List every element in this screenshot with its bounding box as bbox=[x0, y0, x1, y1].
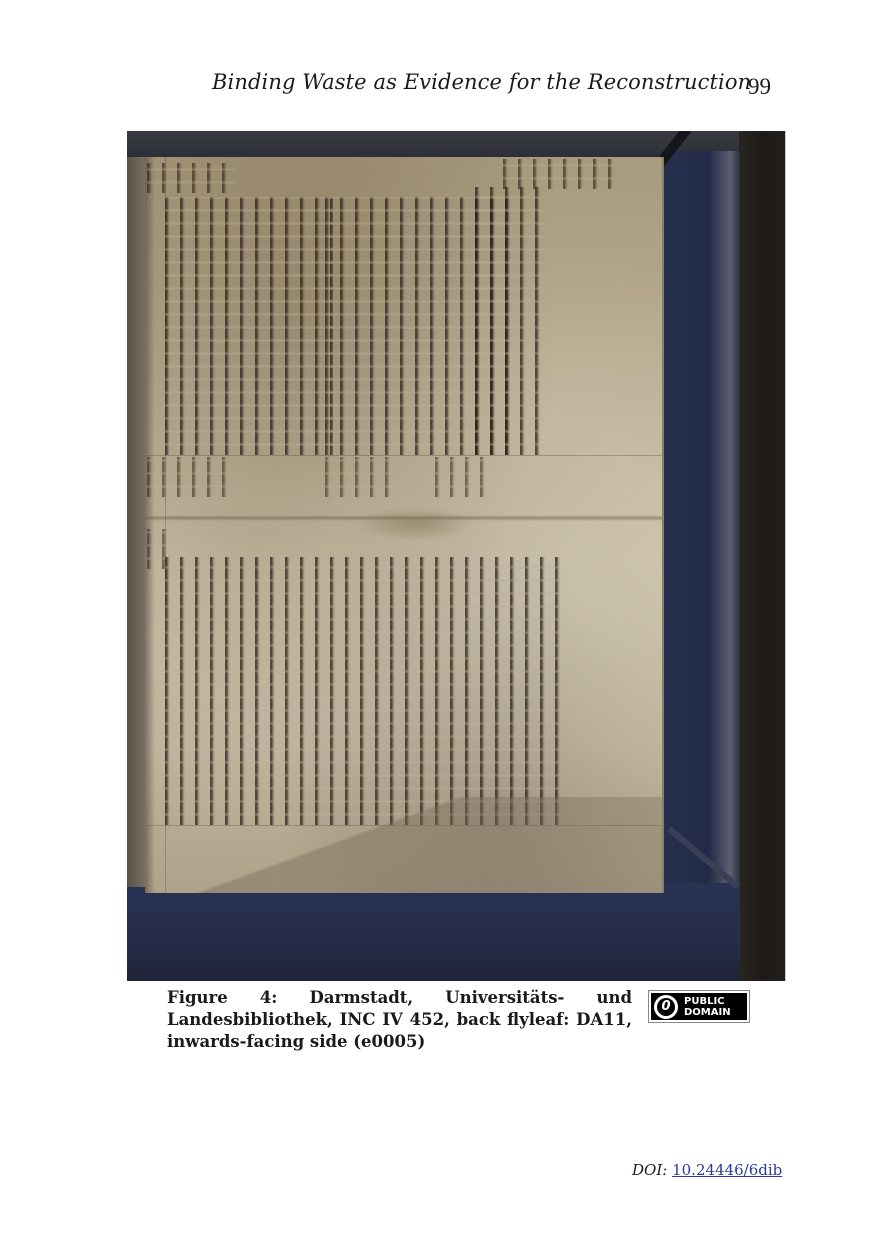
figure-caption: Figure 4: Darmstadt, Universitäts- und L… bbox=[167, 987, 632, 1053]
marginal-gloss bbox=[325, 457, 395, 497]
page-number: 99 bbox=[748, 74, 771, 100]
binding-cloth-bottom bbox=[127, 883, 739, 981]
marginal-gloss bbox=[147, 457, 227, 497]
badge-label: PUBLIC DOMAIN bbox=[684, 996, 731, 1018]
marginal-gloss bbox=[503, 159, 613, 189]
marginal-gloss bbox=[435, 457, 485, 497]
gutter-shadow bbox=[145, 157, 155, 893]
badge-body: 0 PUBLIC DOMAIN bbox=[651, 993, 747, 1020]
pastedown-flap bbox=[145, 797, 662, 893]
public-domain-icon: 0 bbox=[654, 995, 678, 1019]
badge-line-1: PUBLIC bbox=[684, 996, 731, 1007]
doi-label: DOI: bbox=[632, 1161, 667, 1179]
binding-cloth-right bbox=[662, 151, 740, 961]
manuscript-text-upper-right bbox=[475, 187, 543, 455]
doi-link[interactable]: 10.24446/6dib bbox=[672, 1161, 782, 1179]
public-domain-badge: 0 PUBLIC DOMAIN bbox=[648, 990, 750, 1023]
ruling-line bbox=[145, 455, 662, 456]
manuscript-text-lower bbox=[165, 557, 560, 825]
binding-cloth-left bbox=[127, 157, 145, 887]
running-title: Binding Waste as Evidence for the Recons… bbox=[212, 70, 751, 94]
binding-cloth-top bbox=[127, 131, 739, 157]
doi-footer: DOI: 10.24446/6dib bbox=[632, 1161, 782, 1179]
water-stain bbox=[355, 507, 475, 541]
marginal-gloss bbox=[147, 163, 237, 193]
figure-photograph bbox=[127, 131, 786, 981]
zero-glyph: 0 bbox=[657, 998, 675, 1016]
parchment-flyleaf bbox=[145, 157, 664, 893]
manuscript-text-upper-left bbox=[165, 197, 333, 455]
badge-line-2: DOMAIN bbox=[684, 1007, 731, 1018]
book-board-edge bbox=[739, 131, 785, 981]
